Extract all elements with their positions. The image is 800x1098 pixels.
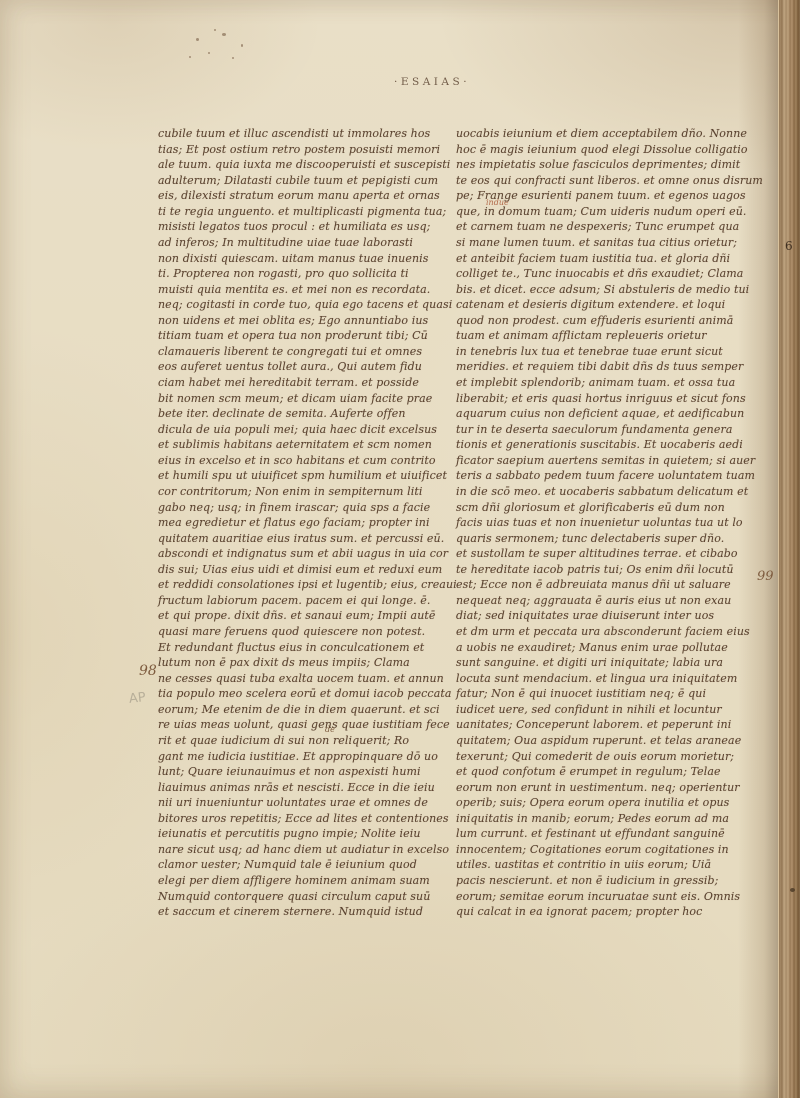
text-line: et sustollam te super altitudines terrae… — [456, 546, 748, 562]
text-line: quod non prodest. cum effuderis esurient… — [456, 313, 748, 329]
text-line: quaris sermonem; tunc delectaberis super… — [456, 531, 748, 547]
text-line: eorum non erunt in uestimentum. neq; ope… — [456, 780, 748, 796]
text-line: ti. Propterea non rogasti, pro quo solli… — [158, 266, 446, 282]
text-line: pacis nescierunt. et non ē iudicium in g… — [456, 873, 748, 889]
text-line: misisti legatos tuos procul : et humilia… — [158, 219, 446, 235]
text-line: ficator saepium auertens semitas in quie… — [456, 453, 748, 469]
text-line: tuam et animam afflictam repleueris orie… — [456, 328, 748, 344]
ink-speckle — [241, 44, 243, 47]
text-line: iniquitatis in manib; eorum; Pedes eorum… — [456, 811, 748, 827]
left-margin-chapter-number: 98 — [139, 663, 157, 679]
text-line: clamaueris liberent te congregati tui et… — [158, 344, 446, 360]
text-line: que, in domum tuam; Cum uideris nudum op… — [456, 204, 748, 220]
text-line: et dm urm et peccata ura absconderunt fa… — [456, 624, 748, 640]
text-line: fatur; Non ē qui inuocet iustitiam neq; … — [456, 686, 748, 702]
text-line: non dixisti quiescam. uitam manus tuae i… — [158, 251, 446, 267]
text-line: et quod confotum ē erumpet in regulum; T… — [456, 764, 748, 780]
text-line: ti te regia unguento. et multiplicasti p… — [158, 204, 446, 220]
text-line: et anteibit faciem tuam iustitia tua. et… — [456, 251, 748, 267]
text-line: ne cesses quasi tuba exalta uocem tuam. … — [158, 671, 446, 687]
text-column-left: cubile tuum et illuc ascendisti ut immol… — [158, 126, 446, 920]
text-line: et implebit splendorib; animam tuam. et … — [456, 375, 748, 391]
text-line: titiam tuam et opera tua non proderunt t… — [158, 328, 446, 344]
text-line: diat; sed iniquitates urae diuiserunt in… — [456, 608, 748, 624]
text-line: gabo neq; usq; in finem irascar; quia sp… — [158, 500, 446, 516]
text-line: gant me iudicia iustitiae. Et appropinqu… — [158, 749, 446, 765]
text-line: eius in excelso et in sco habitans et cu… — [158, 453, 446, 469]
text-line: locuta sunt mendacium. et lingua ura ini… — [456, 671, 748, 687]
text-line: abscondi et indignatus sum et abii uagus… — [158, 546, 446, 562]
text-line: tionis et generationis suscitabis. Et uo… — [456, 437, 748, 453]
text-line: qui calcat in ea ignorat pacem; propter … — [456, 904, 748, 920]
text-line: liauimus animas nrās et nescisti. Ecce i… — [158, 780, 446, 796]
text-line: eos auferet uentus tollet aura., Qui aut… — [158, 359, 446, 375]
text-line: lutum non ē pax dixit ds meus impiis; Cl… — [158, 655, 446, 671]
text-line: lunt; Quare ieiunauimus et non aspexisti… — [158, 764, 446, 780]
text-line: meridies. et requiem tibi dabit dñs ds t… — [456, 359, 748, 375]
text-line: eis, dilexisti stratum eorum manu aperta… — [158, 188, 446, 204]
text-line: tia populo meo scelera eorū et domui iac… — [158, 686, 446, 702]
text-line: nare sicut usq; ad hanc diem ut audiatur… — [158, 842, 446, 858]
text-line: liberabit; et eris quasi hortus inriguus… — [456, 391, 748, 407]
text-line: sunt sanguine. et digiti uri iniquitate;… — [456, 655, 748, 671]
edge-mark — [790, 888, 795, 892]
text-line: Et redundant fluctus eius in conculcatio… — [158, 640, 446, 656]
pencil-mark: AP — [128, 690, 146, 707]
text-line: scm dñi gloriosum et glorificaberis eū d… — [456, 500, 748, 516]
text-line: est; Ecce non ē adbreuiata manus dñi ut … — [456, 577, 748, 593]
manuscript-page: ·ESAIAS· 98 99 6 AP indue de cubile tuum… — [0, 0, 800, 1098]
text-line: rit et quae iudicium di sui non reliquer… — [158, 733, 446, 749]
text-line: clamor uester; Numquid tale ē ieiunium q… — [158, 857, 446, 873]
text-line: et carnem tuam ne despexeris; Tunc erump… — [456, 219, 748, 235]
text-line: te eos qui confracti sunt liberos. et om… — [456, 173, 748, 189]
text-line: a uobis ne exaudiret; Manus enim urae po… — [456, 640, 748, 656]
text-line: teris a sabbato pedem tuum facere uolunt… — [456, 468, 748, 484]
text-line: in die scō meo. et uocaberis sabbatum de… — [456, 484, 748, 500]
text-line: lum currunt. et festinant ut effundant s… — [456, 826, 748, 842]
text-line: adulterum; Dilatasti cubile tuum et pepi… — [158, 173, 446, 189]
right-margin-chapter-number: 99 — [757, 569, 774, 584]
ink-speckle — [208, 52, 210, 54]
ink-speckle — [232, 57, 234, 59]
edge-folio-number: 6 — [785, 239, 793, 253]
text-line: in tenebris lux tua et tenebrae tuae eru… — [456, 344, 748, 360]
text-line: texerunt; Qui comederit de ouis eorum mo… — [456, 749, 748, 765]
ink-speckle — [214, 29, 216, 31]
text-line: ciam habet mei hereditabit terram. et po… — [158, 375, 446, 391]
text-line: dis sui; Uias eius uidi et dimisi eum et… — [158, 562, 446, 578]
text-line: si mane lumen tuum. et sanitas tua citiu… — [456, 235, 748, 251]
ink-speckle — [189, 56, 191, 58]
text-line: quasi mare feruens quod quiescere non po… — [158, 624, 446, 640]
text-line: nii uri inueniuntur uoluntates urae et o… — [158, 795, 446, 811]
text-line: uanitates; Conceperunt laborem. et peper… — [456, 717, 748, 733]
text-line: elegi per diem affligere hominem animam … — [158, 873, 446, 889]
text-line: quitatem; Oua aspidum ruperunt. et telas… — [456, 733, 748, 749]
text-line: nes impietatis solue fasciculos deprimen… — [456, 157, 748, 173]
text-line: fructum labiorum pacem. pacem ei qui lon… — [158, 593, 446, 609]
page-edges-texture — [779, 0, 800, 1098]
text-line: re uias meas uolunt, quasi gens quae ius… — [158, 717, 446, 733]
text-line: colliget te., Tunc inuocabis et dñs exau… — [456, 266, 748, 282]
text-line: catenam et desieris digitum extendere. e… — [456, 297, 748, 313]
text-line: bis. et dicet. ecce adsum; Si abstuleris… — [456, 282, 748, 298]
text-line: et sublimis habitans aeternitatem et scm… — [158, 437, 446, 453]
text-line: cor contritorum; Non enim in sempiternum… — [158, 484, 446, 500]
text-line: muisti quia mentita es. et mei non es re… — [158, 282, 446, 298]
text-line: eorum; semitae eorum incuruatae sunt eis… — [456, 889, 748, 905]
text-line: bitores uros repetitis; Ecce ad lites et… — [158, 811, 446, 827]
text-line: nequeat neq; aggrauata ē auris eius ut n… — [456, 593, 748, 609]
text-line: iudicet uere, sed confidunt in nihili et… — [456, 702, 748, 718]
text-line: neq; cogitasti in corde tuo, quia ego ta… — [158, 297, 446, 313]
text-line: uocabis ieiunium et diem acceptabilem dñ… — [456, 126, 748, 142]
text-line: ieiunatis et percutitis pugno impie; Nol… — [158, 826, 446, 842]
text-line: eorum; Me etenim de die in diem quaerunt… — [158, 702, 446, 718]
text-line: bit nomen scm meum; et dicam uiam facite… — [158, 391, 446, 407]
text-line: et reddidi consolationes ipsi et lugenti… — [158, 577, 446, 593]
text-line: ale tuum. quia iuxta me discooperuisti e… — [158, 157, 446, 173]
text-line: et humili spu ut uiuificet spm humilium … — [158, 468, 446, 484]
text-line: facis uias tuas et non inuenietur uolunt… — [456, 515, 748, 531]
text-line: hoc ē magis ieiunium quod elegi Dissolue… — [456, 142, 748, 158]
text-line: non uidens et mei oblita es; Ego annunti… — [158, 313, 446, 329]
text-line: tur in te deserta saeculorum fundamenta … — [456, 422, 748, 438]
text-line: utiles. uastitas et contritio in uiis eo… — [456, 857, 748, 873]
running-title: ·ESAIAS· — [394, 76, 470, 88]
text-line: quitatem auaritiae eius iratus sum. et p… — [158, 531, 446, 547]
text-line: cubile tuum et illuc ascendisti ut immol… — [158, 126, 446, 142]
text-line: bete iter. declinate de semita. Auferte … — [158, 406, 446, 422]
text-line: operib; suis; Opera eorum opera inutilia… — [456, 795, 748, 811]
text-line: innocentem; Cogitationes eorum cogitatio… — [456, 842, 748, 858]
text-line: te hereditate iacob patris tui; Os enim … — [456, 562, 748, 578]
text-column-right: uocabis ieiunium et diem acceptabilem dñ… — [456, 126, 748, 920]
text-line: et qui prope. dixit dñs. et sanaui eum; … — [158, 608, 446, 624]
text-line: ad inferos; In multitudine uiae tuae lab… — [158, 235, 446, 251]
text-line: mea egredietur et flatus ego faciam; pro… — [158, 515, 446, 531]
ink-speckle — [222, 33, 226, 36]
text-line: aquarum cuius non deficient aquae, et ae… — [456, 406, 748, 422]
text-line: pe; Frange esurienti panem tuum. et egen… — [456, 188, 748, 204]
text-line: et saccum et cinerem sternere. Numquid i… — [158, 904, 446, 920]
text-line: tias; Et post ostium retro postem posuis… — [158, 142, 446, 158]
text-line: dicula de uia populi mei; quia haec dici… — [158, 422, 446, 438]
ink-speckle — [196, 38, 199, 41]
text-line: Numquid contorquere quasi circulum caput… — [158, 889, 446, 905]
